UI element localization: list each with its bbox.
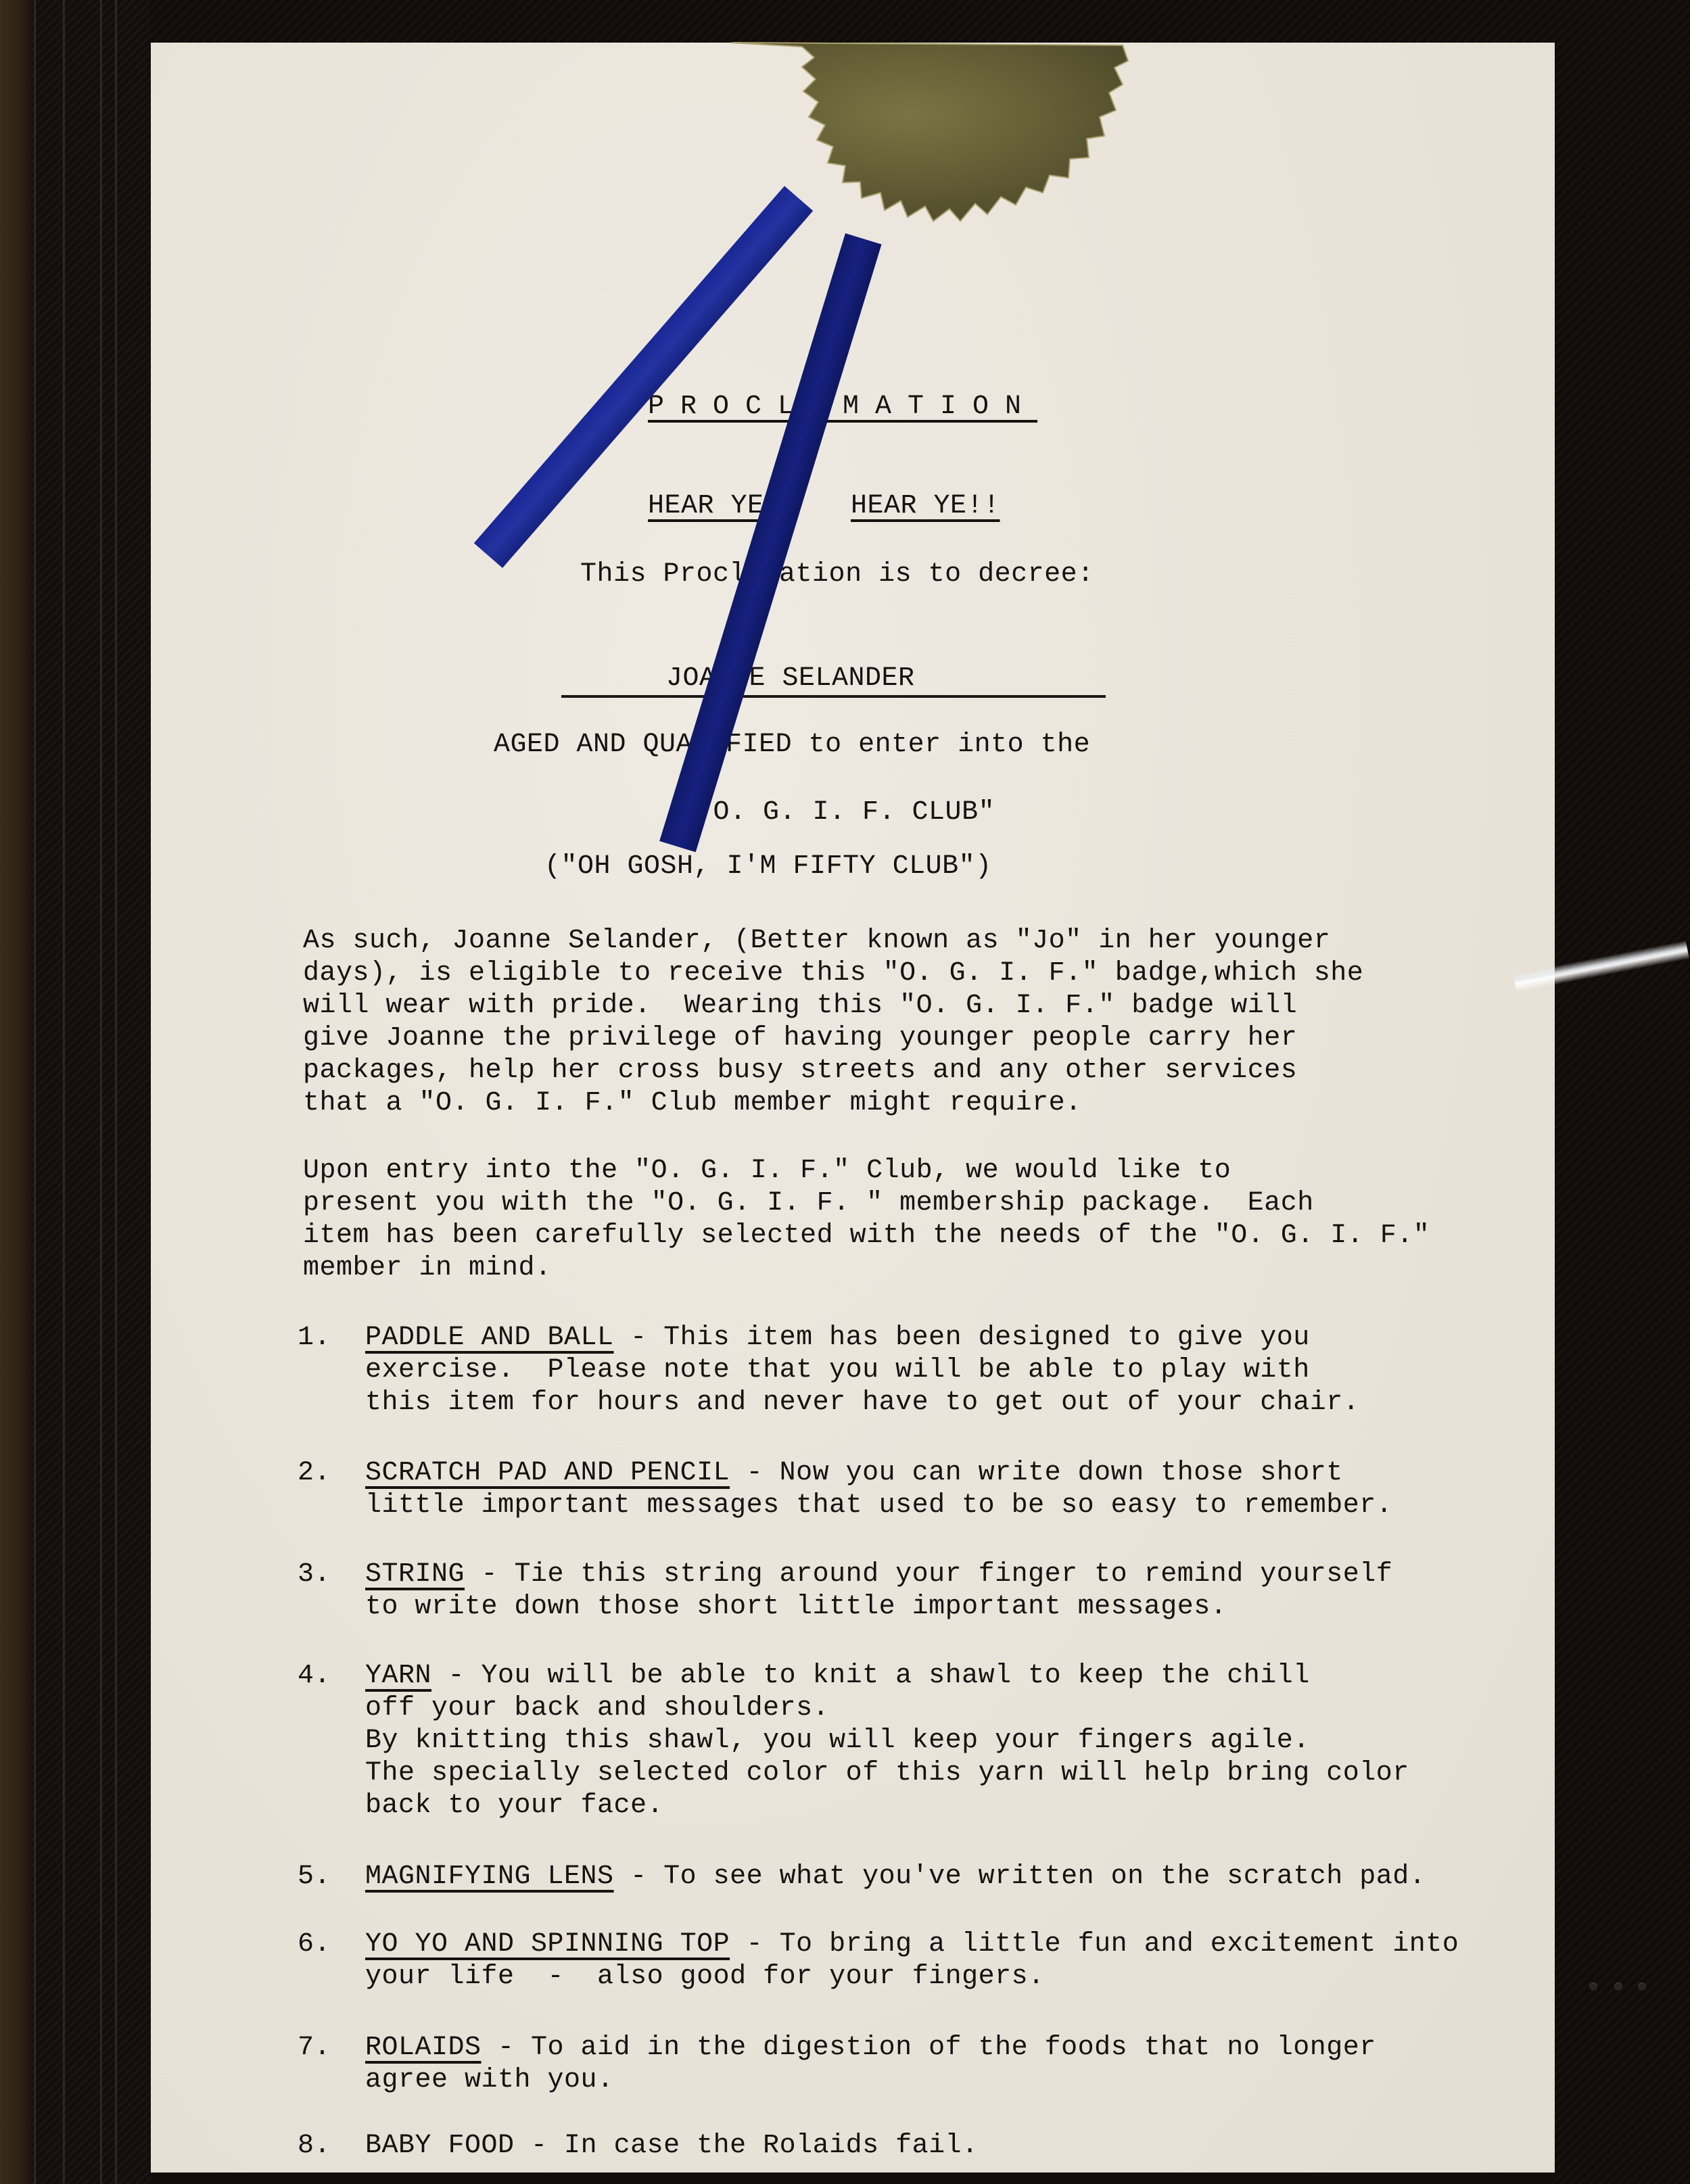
- paragraph-line: will wear with pride. Wearing this "O. G…: [303, 990, 1297, 1022]
- paragraph-line: packages, help her cross busy streets an…: [303, 1055, 1297, 1087]
- qualifier-line: AGED AND QUALIFIED to enter into the: [494, 729, 1090, 761]
- item-text: off your back and shoulders.: [365, 1692, 829, 1725]
- item-text: - To see what you've written on the scra…: [614, 1861, 1426, 1892]
- item-name: STRING: [365, 1559, 465, 1590]
- paragraph-line: give Joanne the privilege of having youn…: [303, 1022, 1297, 1055]
- item-text: - To aid in the digestion of the foods t…: [482, 2033, 1376, 2063]
- gold-seal-icon: [724, 37, 1129, 260]
- album-binder: [32, 0, 151, 2184]
- item-text: this item for hours and never have to ge…: [365, 1387, 1359, 1419]
- club-expansion: ("OH GOSH, I'M FIFTY CLUB"): [544, 851, 992, 883]
- paragraph-line: present you with the "O. G. I. F. " memb…: [303, 1187, 1314, 1220]
- paragraph-line: days), is eligible to receive this "O. G…: [303, 957, 1363, 990]
- item-text: - You will be able to knit a shawl to ke…: [431, 1661, 1310, 1691]
- paragraph-line: item has been carefully selected with th…: [303, 1220, 1430, 1252]
- item-name: SCRATCH PAD AND PENCIL: [365, 1458, 730, 1488]
- item-text: - Tie this string around your finger to …: [465, 1559, 1392, 1590]
- page-hole: [1638, 1983, 1646, 1991]
- item-name: MAGNIFYING LENS: [365, 1861, 614, 1892]
- item-name: PADDLE AND BALL: [365, 1323, 614, 1353]
- paragraph-line: that a "O. G. I. F." Club member might r…: [303, 1087, 1082, 1120]
- item-text: - Now you can write down those short: [730, 1458, 1343, 1488]
- item-text: The specially selected color of this yar…: [365, 1757, 1409, 1790]
- item-name: BABY FOOD: [365, 2131, 515, 2161]
- item-number: 7.: [298, 2032, 331, 2064]
- page-hole: [1589, 1983, 1597, 1991]
- item-number: 5.: [298, 1861, 331, 1893]
- album-edge: [0, 0, 32, 2184]
- item-text: back to your face.: [365, 1790, 663, 1822]
- page-hole: [1614, 1983, 1622, 1991]
- honoree-name: JOANNE SELANDER: [666, 663, 915, 695]
- item-number: 8.: [298, 2130, 331, 2162]
- item-text: to write down those short little importa…: [365, 1591, 1227, 1623]
- item-number: 1.: [298, 1322, 331, 1354]
- item-name: ROLAIDS: [365, 2033, 482, 2063]
- page-title: PROCLAMATION: [648, 391, 1037, 423]
- paragraph-line: member in mind.: [303, 1252, 552, 1285]
- paragraph-line: As such, Joanne Selander, (Better known …: [303, 925, 1330, 957]
- hear-ye-2: HEAR YE!!: [851, 490, 1000, 523]
- club-name: "O. G. I. F. CLUB": [697, 797, 995, 829]
- name-underline: [561, 695, 1106, 698]
- item-name: YO YO AND SPINNING TOP: [365, 1929, 730, 1960]
- item-text: exercise. Please note that you will be a…: [365, 1354, 1310, 1387]
- item-text: - In case the Rolaids fail.: [515, 2131, 979, 2161]
- album-bottom-edge: [151, 2173, 1555, 2184]
- intro-line: This Proclamation is to decree:: [580, 559, 1094, 591]
- item-number: 6.: [298, 1928, 331, 1961]
- item-text: - To bring a little fun and excitement i…: [730, 1929, 1459, 1960]
- item-number: 3.: [298, 1559, 331, 1591]
- item-text: little important messages that used to b…: [365, 1490, 1392, 1522]
- item-text: agree with you.: [365, 2064, 614, 2097]
- item-number: 2.: [298, 1457, 331, 1490]
- paragraph-line: Upon entry into the "O. G. I. F." Club, …: [303, 1155, 1231, 1187]
- item-text: By knitting this shawl, you will keep yo…: [365, 1725, 1310, 1757]
- item-name: YARN: [365, 1661, 431, 1691]
- item-text: - This item has been designed to give yo…: [614, 1323, 1310, 1353]
- item-text: your life - also good for your fingers.: [365, 1961, 1045, 1993]
- item-number: 4.: [298, 1660, 331, 1692]
